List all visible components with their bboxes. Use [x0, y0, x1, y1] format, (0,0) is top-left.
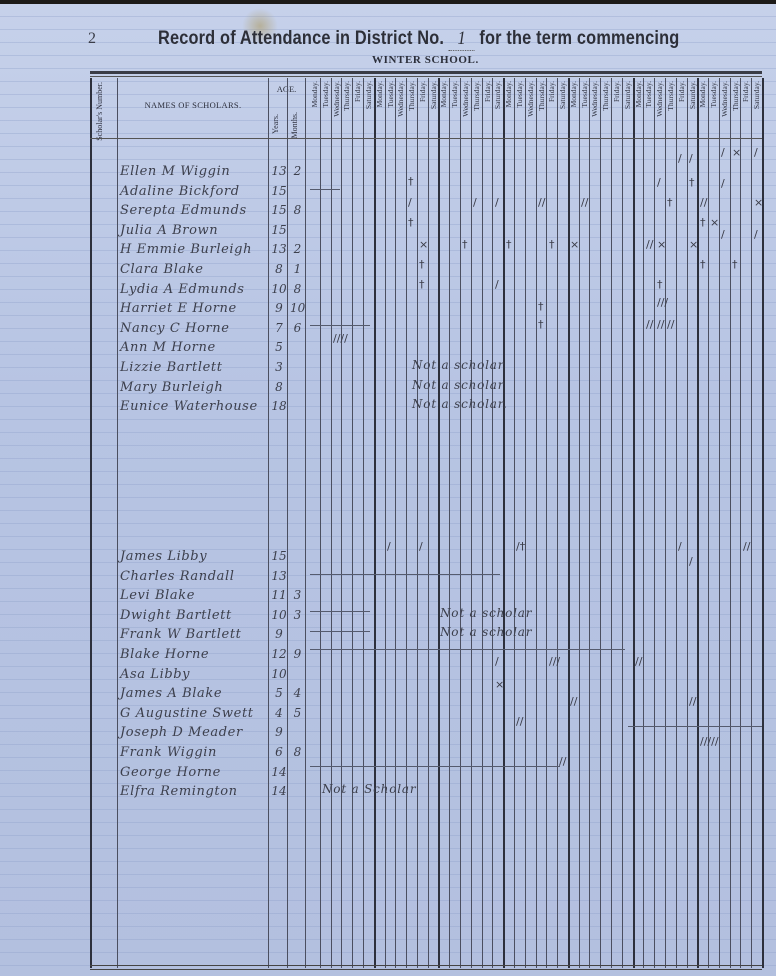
age-months: 1	[290, 262, 305, 276]
ink-rule	[310, 574, 500, 575]
scholar-name: Ann M Horne	[120, 340, 216, 355]
attendance-mark: †	[506, 238, 512, 251]
header-scholar-number: Scholar's Number.	[95, 82, 104, 141]
day-header: Saturday.	[752, 81, 761, 109]
attendance-mark: ×	[419, 238, 428, 251]
age-years: 7	[271, 321, 287, 335]
age-years: 9	[271, 301, 287, 315]
day-header: Friday.	[483, 81, 492, 102]
age-months: 4	[290, 686, 305, 700]
scholar-name: Ellen M Wiggin	[120, 164, 230, 179]
attendance-sheet: 2 Record of Attendance in District No. 1…	[0, 4, 776, 976]
scholar-name: Adaline Bickford	[120, 184, 240, 199]
scholar-name: Mary Burleigh	[120, 380, 223, 395]
attendance-mark: /	[721, 146, 725, 159]
scholar-name: James Libby	[120, 549, 207, 564]
attendance-mark: ×	[754, 196, 763, 209]
table-row: Ann M Horne5	[0, 340, 776, 358]
day-header: Saturday.	[429, 81, 438, 109]
age-years: 9	[271, 725, 287, 739]
age-months: 8	[290, 282, 305, 296]
attendance-mark: †	[408, 216, 414, 229]
not-a-scholar-note: Not a scholar	[412, 358, 504, 372]
attendance-mark: /	[678, 152, 682, 165]
not-a-scholar-note: Not a scholar	[412, 378, 504, 392]
attendance-mark: /	[754, 228, 758, 241]
age-years: 11	[271, 588, 287, 602]
day-header: Saturday.	[623, 81, 632, 109]
table-row: Dwight Bartlett103Not a scholar	[0, 608, 776, 626]
day-header: Monday.	[310, 81, 319, 107]
day-header: Monday.	[439, 81, 448, 107]
scholar-name: Levi Blake	[120, 588, 195, 603]
day-header: Friday.	[418, 81, 427, 102]
bottom-rule	[90, 965, 762, 970]
day-header: Saturday.	[688, 81, 697, 109]
scholar-name: Asa Libby	[120, 667, 190, 682]
table-row: G Augustine Swett45	[0, 706, 776, 724]
scholar-name: G Augustine Swett	[120, 706, 254, 721]
age-years: 15	[271, 223, 287, 237]
age-years: 8	[271, 262, 287, 276]
scholar-name: Serepta Edmunds	[120, 203, 247, 218]
attendance-mark: ×	[689, 238, 698, 251]
attendance-mark: †	[462, 238, 468, 251]
ink-rule	[500, 649, 625, 650]
attendance-mark: //	[646, 238, 653, 251]
attendance-mark: ×	[495, 678, 504, 691]
attendance-mark: /	[495, 278, 499, 291]
day-header: Thursday.	[342, 81, 351, 111]
age-years: 13	[271, 242, 287, 256]
table-row: Serepta Edmunds158	[0, 203, 776, 221]
scholar-name: Lizzie Bartlett	[120, 360, 223, 375]
age-months: 8	[290, 203, 305, 217]
scholar-name: Charles Randall	[120, 569, 235, 584]
attendance-mark: ×	[570, 238, 579, 251]
attendance-mark: /	[387, 540, 391, 553]
scholar-name: H Emmie Burleigh	[120, 242, 252, 257]
table-row: Joseph D Meader9	[0, 725, 776, 743]
table-row: James A Blake54	[0, 686, 776, 704]
header-months: Months.	[290, 112, 299, 138]
page-title: Record of Attendance in District No. 1 f…	[158, 28, 679, 51]
attendance-mark: //	[559, 755, 566, 768]
attendance-mark: /	[473, 196, 477, 209]
age-years: 12	[271, 647, 287, 661]
day-header: Monday.	[375, 81, 384, 107]
day-header: Tuesday.	[709, 81, 718, 108]
attendance-mark: /	[754, 146, 758, 159]
day-header: Thursday.	[601, 81, 610, 111]
table-row: George Horne14	[0, 765, 776, 783]
top-rule-thin	[90, 76, 762, 77]
age-years: 4	[271, 706, 287, 720]
day-header: Saturday.	[364, 81, 373, 109]
day-header: Tuesday.	[450, 81, 459, 108]
age-years: 8	[271, 380, 287, 394]
attendance-mark: //	[743, 540, 750, 553]
attendance-mark: /	[419, 540, 423, 553]
day-header: Friday.	[741, 81, 750, 102]
ink-rule	[310, 325, 370, 326]
age-years: 9	[271, 627, 287, 641]
age-years: 15	[271, 549, 287, 563]
day-header: Thursday.	[407, 81, 416, 111]
day-header: Thursday.	[472, 81, 481, 111]
scholar-name: Dwight Bartlett	[120, 608, 232, 623]
scholar-name: Julia A Brown	[120, 223, 218, 238]
ink-rule	[628, 726, 762, 727]
attendance-mark: //	[646, 318, 653, 331]
scholar-name: James A Blake	[120, 686, 222, 701]
top-rule	[90, 71, 762, 74]
attendance-mark: ////	[333, 332, 348, 345]
attendance-mark: /////	[700, 735, 719, 748]
ink-rule	[310, 611, 370, 612]
attendance-mark: /	[495, 196, 499, 209]
age-years: 10	[271, 608, 287, 622]
attendance-mark: †	[419, 258, 425, 271]
scholar-name: George Horne	[120, 765, 221, 780]
attendance-mark: †	[538, 300, 544, 313]
attendance-mark: /	[689, 555, 693, 568]
day-header: Tuesday.	[321, 81, 330, 108]
attendance-mark: //	[635, 655, 642, 668]
ink-rule	[310, 631, 370, 632]
attendance-mark: //	[667, 318, 674, 331]
header-names: NAMES OF SCHOLARS.	[118, 100, 268, 110]
table-row: Levi Blake113	[0, 588, 776, 606]
day-header: Friday.	[612, 81, 621, 102]
attendance-mark: ×	[710, 216, 719, 229]
attendance-mark: †	[700, 216, 706, 229]
ink-rule	[310, 766, 560, 767]
scholar-name: Lydia A Edmunds	[120, 282, 245, 297]
attendance-mark: //	[700, 196, 707, 209]
day-header: Thursday.	[666, 81, 675, 111]
age-months: 5	[290, 706, 305, 720]
page-number: 2	[88, 30, 96, 48]
day-header: Tuesday.	[580, 81, 589, 108]
header-divider	[90, 138, 762, 139]
scholar-name: Frank Wiggin	[120, 745, 217, 760]
age-years: 14	[271, 784, 287, 798]
scholar-name: Blake Horne	[120, 647, 209, 662]
attendance-mark: //	[689, 695, 696, 708]
attendance-mark: /	[408, 196, 412, 209]
day-header: Wednesday.	[655, 81, 664, 117]
age-years: 15	[271, 184, 287, 198]
attendance-mark: †	[689, 176, 695, 189]
attendance-mark: /	[689, 152, 693, 165]
scholar-name: Clara Blake	[120, 262, 204, 277]
age-months: 2	[290, 164, 305, 178]
age-months: 8	[290, 745, 305, 759]
attendance-mark: /	[657, 176, 661, 189]
scholar-name: Harriet E Horne	[120, 301, 237, 316]
table-row: Eunice Waterhouse18Not a scholar.	[0, 399, 776, 417]
attendance-mark: //	[570, 695, 577, 708]
attendance-mark: //	[657, 318, 664, 331]
not-a-scholar-note: Not a scholar	[440, 606, 532, 620]
scholar-name: Nancy C Horne	[120, 321, 230, 336]
attendance-mark: †	[700, 258, 706, 271]
age-months: 3	[290, 588, 305, 602]
attendance-mark: //	[516, 715, 523, 728]
age-years: 6	[271, 745, 287, 759]
district-number: 1	[449, 28, 475, 51]
header-years: Years.	[271, 114, 280, 134]
table-row: Mary Burleigh8Not a scholar	[0, 380, 776, 398]
age-years: 18	[271, 399, 287, 413]
attendance-mark: /	[678, 540, 682, 553]
not-a-scholar-note: Not a Scholar	[322, 782, 416, 796]
day-header: Thursday.	[537, 81, 546, 111]
age-months: 9	[290, 647, 305, 661]
age-years: 13	[271, 569, 287, 583]
age-years: 5	[271, 686, 287, 700]
table-row: Frank W Bartlett9Not a scholar	[0, 627, 776, 645]
age-years: 10	[271, 667, 287, 681]
ink-rule	[310, 649, 500, 650]
title-suffix: for the term commencing	[479, 28, 679, 49]
day-header: Wednesday.	[720, 81, 729, 117]
day-header: Wednesday.	[396, 81, 405, 117]
page-subtitle: WINTER SCHOOL.	[372, 54, 479, 66]
scholar-name: Elfra Remington	[120, 784, 238, 799]
day-header: Tuesday.	[515, 81, 524, 108]
attendance-mark: ×	[732, 146, 741, 159]
age-years: 10	[271, 282, 287, 296]
attendance-mark: ///	[549, 655, 560, 668]
age-months: 6	[290, 321, 305, 335]
day-header: Monday.	[698, 81, 707, 107]
title-prefix: Record of Attendance in District No.	[158, 28, 444, 49]
attendance-mark: ×	[657, 238, 666, 251]
day-header: Wednesday.	[332, 81, 341, 117]
attendance-mark: †	[732, 258, 738, 271]
attendance-mark: ///	[657, 296, 668, 309]
attendance-mark: †	[549, 238, 555, 251]
day-header: Friday.	[677, 81, 686, 102]
day-header: Wednesday.	[590, 81, 599, 117]
day-header: Saturday.	[493, 81, 502, 109]
attendance-mark: †	[408, 175, 414, 188]
age-years: 3	[271, 360, 287, 374]
day-header: Wednesday.	[526, 81, 535, 117]
attendance-mark: †	[419, 278, 425, 291]
age-years: 5	[271, 340, 287, 354]
table-row: Frank Wiggin68	[0, 745, 776, 763]
day-header: Monday.	[504, 81, 513, 107]
attendance-mark: /	[721, 228, 725, 241]
attendance-mark: /	[495, 655, 499, 668]
age-years: 14	[271, 765, 287, 779]
not-a-scholar-note: Not a scholar.	[412, 397, 508, 411]
day-header: Tuesday.	[386, 81, 395, 108]
day-header: Saturday.	[558, 81, 567, 109]
day-header: Monday.	[634, 81, 643, 107]
table-row: Charles Randall13	[0, 569, 776, 587]
age-years: 13	[271, 164, 287, 178]
day-header: Friday.	[353, 81, 362, 102]
age-months: 10	[290, 301, 305, 315]
day-header: Tuesday.	[644, 81, 653, 108]
table-row: Lizzie Bartlett3Not a scholar	[0, 360, 776, 378]
scholar-name: Joseph D Meader	[120, 725, 243, 740]
attendance-mark: †	[667, 196, 673, 209]
attendance-mark: //	[538, 196, 545, 209]
scholar-name: Frank W Bartlett	[120, 627, 242, 642]
attendance-mark: †	[538, 318, 544, 331]
table-row: Asa Libby10	[0, 667, 776, 685]
age-months: 2	[290, 242, 305, 256]
day-header: Friday.	[547, 81, 556, 102]
attendance-mark: †	[657, 278, 663, 291]
age-years: 15	[271, 203, 287, 217]
day-header: Monday.	[569, 81, 578, 107]
age-months: 3	[290, 608, 305, 622]
attendance-mark: /†	[516, 540, 525, 553]
table-row: Elfra Remington14Not a Scholar	[0, 784, 776, 802]
not-a-scholar-note: Not a scholar	[440, 625, 532, 639]
attendance-mark: /	[721, 177, 725, 190]
ink-rule	[310, 189, 340, 190]
attendance-mark: //	[581, 196, 588, 209]
day-header: Thursday.	[731, 81, 740, 111]
scholar-name: Eunice Waterhouse	[120, 399, 258, 414]
day-header: Wednesday.	[461, 81, 470, 117]
